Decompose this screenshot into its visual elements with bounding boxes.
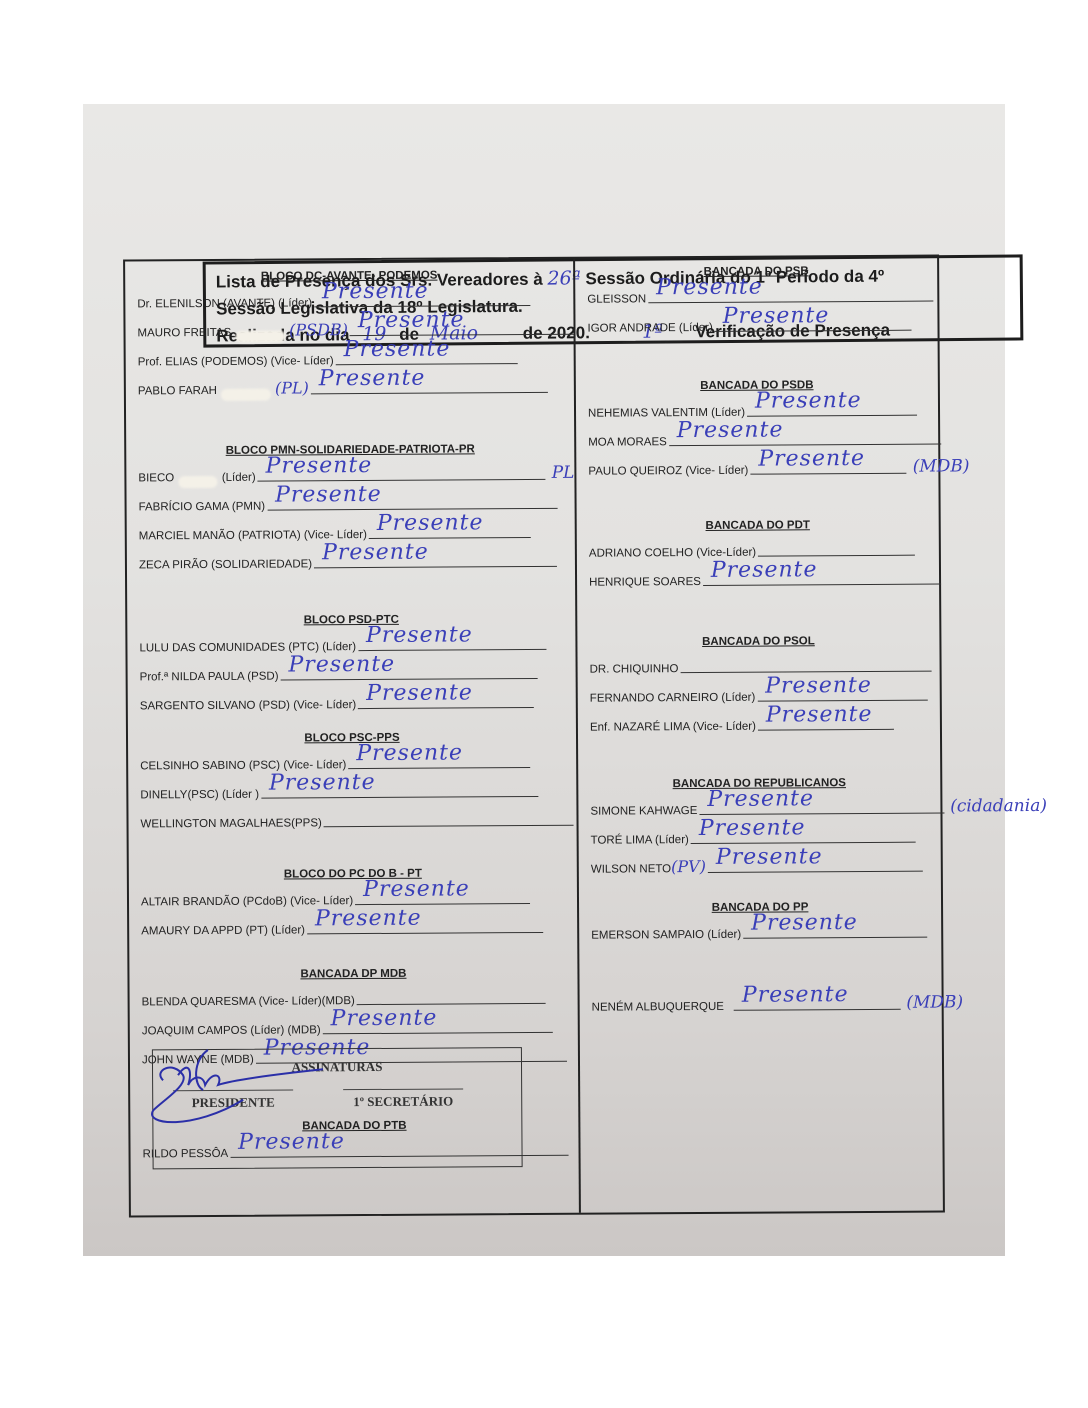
signature-line: Presente (323, 1031, 553, 1034)
presence-mark: Presente (363, 876, 470, 902)
presence-mark: Presente (723, 303, 830, 329)
member-name: FERNANDO CARNEIRO (Líder) (590, 692, 756, 709)
signature-line: Presente (743, 936, 927, 939)
member-row: ZECA PIRÃO (SOLIDARIEDADE)Presente (127, 544, 575, 576)
party-group: NENÉM ALBUQUERQUEPresente(MDB) (580, 987, 942, 1018)
handwritten-note: (MDB) (913, 456, 970, 479)
member-name: NENÉM ALBUQUERQUE (592, 1001, 724, 1018)
signature-line (324, 824, 574, 828)
presence-mark: Presente (358, 307, 465, 333)
member-name: FABRÍCIO GAMA (PMN) (139, 501, 266, 518)
member-name: ZECA PIRÃO (SOLIDARIEDADE) (139, 558, 312, 575)
member-row: PAULO QUEIROZ (Vice- Líder)Presente(MDB) (576, 451, 938, 482)
handwritten-note: PL (552, 463, 575, 486)
party-group: BANCADA DO REPUBLICANOSSIMONE KAHWAGEPre… (578, 775, 941, 880)
signature-line: Presente (703, 583, 941, 586)
presence-mark: Presente (699, 815, 806, 841)
signature-line: Presente (350, 333, 574, 336)
member-name: WELLINGTON MAGALHAES(PPS) (140, 817, 321, 834)
member-name: AMAURY DA APPD (PT) (Líder) (141, 924, 305, 941)
signature-line: Presente (699, 811, 944, 814)
signature-line: Presente (715, 329, 912, 332)
signature-line: Presente (311, 391, 548, 394)
member-role: (Líder) (222, 472, 256, 488)
member-row: WELLINGTON MAGALHAES(PPS) (128, 803, 576, 835)
party-group: BANCADA DO PPEMERSON SAMPAIO (Líder)Pres… (579, 899, 941, 946)
signature-line: Presente (708, 870, 923, 873)
presence-mark: Presente (366, 622, 473, 648)
signature-line: Presente (314, 565, 557, 568)
signature-line (357, 1002, 546, 1005)
member-row: EMERSON SAMPAIO (Líder)Presente (579, 915, 941, 946)
member-name: HENRIQUE SOARES (589, 576, 701, 593)
member-name: Enf. NAZARÉ LIMA (Vice- Líder) (590, 721, 756, 738)
redacted-area (178, 476, 218, 488)
member-name: MAURO FREITAS (137, 327, 231, 344)
signature-line: Presente (336, 362, 518, 365)
presence-mark: Presente (755, 388, 862, 414)
attendance-table: BLOCO DC-AVANTE- PODEMOSDr. ELENILSON (A… (123, 255, 945, 1218)
signature-line: Presente (747, 414, 917, 417)
presence-mark: Presente (322, 540, 429, 566)
party-group: BLOCO PMN-SOLIDARIEDADE-PATRIOTA-PRBIECO… (126, 441, 575, 576)
presence-mark: Presente (319, 366, 426, 392)
party-group: BANCADA DO PDTADRIANO COELHO (Vice-Líder… (577, 517, 939, 593)
member-name: BIECO (138, 472, 174, 488)
member-row: IGOR ANDRADE (Líder)Presente (575, 308, 937, 339)
secretary-label: 1º SECRETÁRIO (343, 1088, 463, 1110)
signature-line: Presente (750, 472, 906, 475)
member-row: PABLO FARAH(PL)Presente (126, 370, 574, 402)
party-group: BANCADA DO PSDBNEHEMIAS VALENTIM (Líder)… (576, 377, 939, 482)
party-group: BLOCO DO PC DO B - PTALTAIR BRANDÃO (PCd… (129, 865, 577, 942)
signature-line: Presente (358, 648, 547, 651)
presence-mark: Presente (742, 982, 849, 1008)
presence-mark: Presente (377, 510, 484, 536)
signature-line: Presente (261, 795, 538, 799)
member-name: Dr. ELENILSON (AVANTE) (Líder) (137, 297, 312, 314)
member-name: IGOR ANDRADE (Líder) (587, 322, 712, 339)
member-row: WILSON NETO(PV)Presente (579, 849, 941, 880)
signature-line: Presente (734, 1008, 900, 1011)
right-column: BANCADA DO PSBGLEISSONPresenteIGOR ANDRA… (575, 257, 943, 1213)
member-row: AMAURY DA APPD (PT) (Líder)Presente (129, 910, 577, 942)
member-row: Enf. NAZARÉ LIMA (Vice- Líder)Presente (578, 707, 940, 738)
presence-mark: Presente (331, 1006, 438, 1032)
member-row: Dr. ELENILSON (AVANTE) (Líder)Presente (125, 283, 573, 315)
presence-mark: Presente (751, 910, 858, 936)
party-group: BANCADA DO PSBGLEISSONPresenteIGOR ANDRA… (575, 263, 937, 339)
presence-mark: Presente (758, 446, 865, 472)
signatures-box: ASSINATURAS PRESIDENTE 1º SECRETÁRIO (152, 1047, 523, 1169)
presence-mark: Presente (711, 557, 818, 583)
member-row: DINELLY(PSC) (Líder )Presente (128, 774, 576, 806)
presence-mark: Presente (716, 844, 823, 870)
presence-mark: Presente (275, 482, 382, 508)
handwritten-note: (MDB) (906, 992, 963, 1015)
signature-line: Presente (758, 728, 894, 731)
member-name: MOA MORAES (588, 436, 667, 452)
signature-line: Presente (369, 536, 531, 539)
handwritten-party: (PL) (275, 378, 309, 400)
signature-line: Presente (307, 931, 543, 934)
presence-mark: Presente (322, 279, 429, 305)
member-name: SIMONE KAHWAGE (590, 805, 697, 822)
signature-line: Presente (258, 478, 546, 482)
member-name: Prof. ELIAS (PODEMOS) (Vice- Líder) (138, 355, 334, 372)
member-name: BLENDA QUARESMA (Vice- Líder)(MDB) (142, 995, 355, 1012)
handwritten-note: (cidadania) (950, 796, 1047, 820)
member-row: SARGENTO SILVANO (PSD) (Vice- Líder)Pres… (128, 685, 576, 717)
presence-mark: Presente (366, 680, 473, 706)
member-name: PAULO QUEIROZ (Vice- Líder) (588, 465, 748, 482)
presence-mark: Presente (656, 275, 763, 301)
signature-line: Presente (358, 706, 533, 709)
presence-mark: Presente (765, 673, 872, 699)
handwritten-party: (PSDB) (289, 320, 348, 342)
signature-line: Presente (348, 766, 530, 769)
presence-mark: Presente (288, 652, 395, 678)
member-name: EMERSON SAMPAIO (Líder) (591, 929, 741, 946)
presence-mark: Presente (356, 740, 463, 766)
party-group: BANCADA DO PSOLDR. CHIQUINHOFERNANDO CAR… (577, 633, 940, 738)
party-group: BLOCO PSC-PPSCELSINHO SABINO (PSC) (Vice… (128, 729, 577, 835)
member-name: GLEISSON (587, 293, 646, 309)
president-signature (133, 1029, 334, 1130)
member-name: DR. CHIQUINHO (590, 663, 679, 680)
member-row: FABRÍCIO GAMA (PMN)Presente (126, 486, 574, 518)
presence-mark: Presente (677, 417, 784, 443)
member-name: DINELLY(PSC) (Líder ) (140, 789, 259, 806)
member-name: TORÉ LIMA (Líder) (591, 834, 689, 851)
handwritten-party: (PV) (671, 857, 706, 879)
member-name: WILSON NETO (591, 863, 671, 879)
presence-mark: Presente (266, 453, 373, 479)
presence-mark: Presente (315, 906, 422, 932)
member-row: MOA MORAESPresente (576, 422, 938, 453)
redacted-area (221, 389, 271, 401)
party-group: BLOCO PSD-PTCLULU DAS COMUNIDADES (PTC) … (127, 611, 576, 717)
member-name: PABLO FARAH (138, 385, 217, 401)
member-name: Prof.ª NILDA PAULA (PSD) (140, 671, 279, 688)
presence-mark: Presente (269, 770, 376, 796)
member-row: FERNANDO CARNEIRO (Líder)Presente (578, 678, 940, 709)
presence-mark: Presente (344, 337, 451, 363)
member-row: HENRIQUE SOARESPresente (577, 562, 939, 593)
member-row: DR. CHIQUINHO (577, 649, 939, 680)
member-row: Prof.ª NILDA PAULA (PSD)Presente (128, 656, 576, 688)
signature-line: Presente (355, 902, 530, 905)
redacted-area (235, 331, 285, 343)
party-group: BLOCO DC-AVANTE- PODEMOSDr. ELENILSON (A… (125, 267, 574, 402)
member-row: NENÉM ALBUQUERQUEPresente(MDB) (580, 987, 942, 1018)
member-name: SARGENTO SILVANO (PSD) (Vice- Líder) (140, 699, 357, 716)
presence-mark: Presente (707, 786, 814, 812)
presence-mark: Presente (766, 702, 873, 728)
signature-line (758, 554, 914, 557)
